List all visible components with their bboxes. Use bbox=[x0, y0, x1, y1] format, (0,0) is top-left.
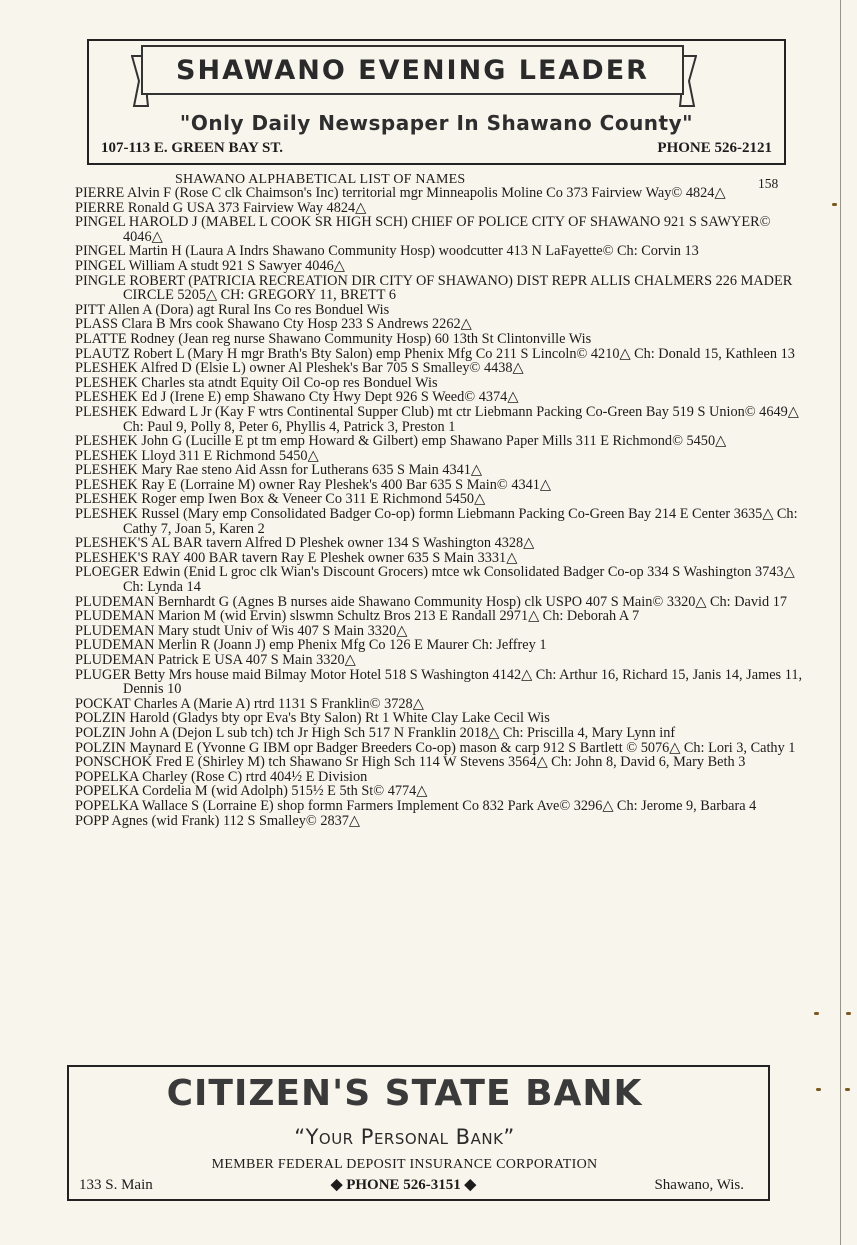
directory-entry: POLZIN Harold (Gladys bty opr Eva's Bty … bbox=[75, 711, 810, 726]
directory-entry: PINGEL HAROLD J (MABEL L COOK SR HIGH SC… bbox=[75, 215, 810, 244]
directory-entry: PLUDEMAN Marion M (wid Ervin) slswmn Sch… bbox=[75, 609, 810, 624]
directory-entry: PLATTE Rodney (Jean reg nurse Shawano Co… bbox=[75, 332, 810, 347]
directory-entry: POPELKA Charley (Rose C) rtrd 404½ E Div… bbox=[75, 770, 810, 785]
directory-entry: PLESHEK Mary Rae steno Aid Assn for Luth… bbox=[75, 463, 810, 478]
directory-entry: PLESHEK Edward L Jr (Kay F wtrs Continen… bbox=[75, 405, 810, 434]
directory-entry: PIERRE Alvin F (Rose C clk Chaimson's In… bbox=[75, 186, 810, 201]
newspaper-tagline: "Only Daily Newspaper In Shawano County" bbox=[89, 111, 784, 135]
directory-entry: POPELKA Cordelia M (wid Adolph) 515½ E 5… bbox=[75, 784, 810, 799]
directory-entry: PLESHEK John G (Lucille E pt tm emp Howa… bbox=[75, 434, 810, 449]
directory-entry: PINGEL Martin H (Laura A Indrs Shawano C… bbox=[75, 244, 810, 259]
directory-entry: PIERRE Ronald G USA 373 Fairview Way 482… bbox=[75, 201, 810, 216]
newspaper-phone: PHONE 526-2121 bbox=[657, 140, 772, 157]
newspaper-name: SHAWANO EVENING LEADER bbox=[176, 55, 649, 86]
bank-ad: CITIZEN'S STATE BANK “Your Personal Bank… bbox=[67, 1065, 770, 1201]
bank-phone: ◆ PHONE 526-3151 ◆ bbox=[69, 1175, 738, 1194]
directory-entry: PLUDEMAN Patrick E USA 407 S Main 3320△ bbox=[75, 653, 810, 668]
directory-entry: POPELKA Wallace S (Lorraine E) shop form… bbox=[75, 799, 810, 814]
directory-entry: PLAUTZ Robert L (Mary H mgr Brath's Bty … bbox=[75, 347, 810, 362]
bank-fdic-notice: MEMBER FEDERAL DEPOSIT INSURANCE CORPORA… bbox=[69, 1157, 740, 1173]
directory-entry: PLOEGER Edwin (Enid L groc clk Wian's Di… bbox=[75, 565, 810, 594]
edge-mark bbox=[816, 1088, 821, 1091]
bank-slogan: “Your Personal Bank” bbox=[69, 1125, 740, 1149]
directory-entry: PLESHEK'S RAY 400 BAR tavern Ray E Plesh… bbox=[75, 551, 810, 566]
directory-entry: PINGEL William A studt 921 S Sawyer 4046… bbox=[75, 259, 810, 274]
directory-entry: POLZIN Maynard E (Yvonne G IBM opr Badge… bbox=[75, 741, 810, 756]
directory-entry: PLASS Clara B Mrs cook Shawano Cty Hosp … bbox=[75, 317, 810, 332]
directory-entry: PLESHEK Ray E (Lorraine M) owner Ray Ple… bbox=[75, 478, 810, 493]
directory-entry: PLUGER Betty Mrs house maid Bilmay Motor… bbox=[75, 668, 810, 697]
directory-entry: PLESHEK Russel (Mary emp Consolidated Ba… bbox=[75, 507, 810, 536]
directory-entry: PLESHEK Roger emp Iwen Box & Veneer Co 3… bbox=[75, 492, 810, 507]
edge-mark bbox=[845, 1088, 850, 1091]
directory-entry: PLESHEK Lloyd 311 E Richmond 5450△ bbox=[75, 449, 810, 464]
edge-mark bbox=[846, 1012, 851, 1015]
newspaper-ad: SHAWANO EVENING LEADER "Only Daily Newsp… bbox=[87, 39, 786, 165]
directory-entry: PLUDEMAN Mary studt Univ of Wis 407 S Ma… bbox=[75, 624, 810, 639]
bank-city: Shawano, Wis. bbox=[654, 1177, 744, 1194]
directory-entry: PLUDEMAN Bernhardt G (Agnes B nurses aid… bbox=[75, 595, 810, 610]
directory-entry: PLESHEK Ed J (Irene E) emp Shawano Cty H… bbox=[75, 390, 810, 405]
directory-entry: PLESHEK Charles sta atndt Equity Oil Co-… bbox=[75, 376, 810, 391]
directory-entry: PITT Allen A (Dora) agt Rural Ins Co res… bbox=[75, 303, 810, 318]
directory-entry: POPP Agnes (wid Frank) 112 S Smalley© 28… bbox=[75, 814, 810, 829]
page-edge bbox=[840, 0, 841, 1245]
directory-entry: PLESHEK'S AL BAR tavern Alfred D Pleshek… bbox=[75, 536, 810, 551]
directory-entry: PONSCHOK Fred E (Shirley M) tch Shawano … bbox=[75, 755, 810, 770]
edge-mark bbox=[814, 1012, 819, 1015]
edge-mark bbox=[832, 203, 837, 206]
directory-entry: PINGLE ROBERT (PATRICIA RECREATION DIR C… bbox=[75, 274, 810, 303]
directory-entry: POLZIN John A (Dejon L sub tch) tch Jr H… bbox=[75, 726, 810, 741]
bank-name: CITIZEN'S STATE BANK bbox=[69, 1073, 740, 1114]
newspaper-address: 107-113 E. GREEN BAY ST. bbox=[101, 140, 283, 157]
newspaper-banner: SHAWANO EVENING LEADER bbox=[141, 45, 684, 95]
directory-entry: PLESHEK Alfred D (Elsie L) owner Al Ples… bbox=[75, 361, 810, 376]
directory-entry: POCKAT Charles A (Marie A) rtrd 1131 S F… bbox=[75, 697, 810, 712]
directory-entry: PLUDEMAN Merlin R (Joann J) emp Phenix M… bbox=[75, 638, 810, 653]
directory-listings: PIERRE Alvin F (Rose C clk Chaimson's In… bbox=[75, 186, 810, 828]
